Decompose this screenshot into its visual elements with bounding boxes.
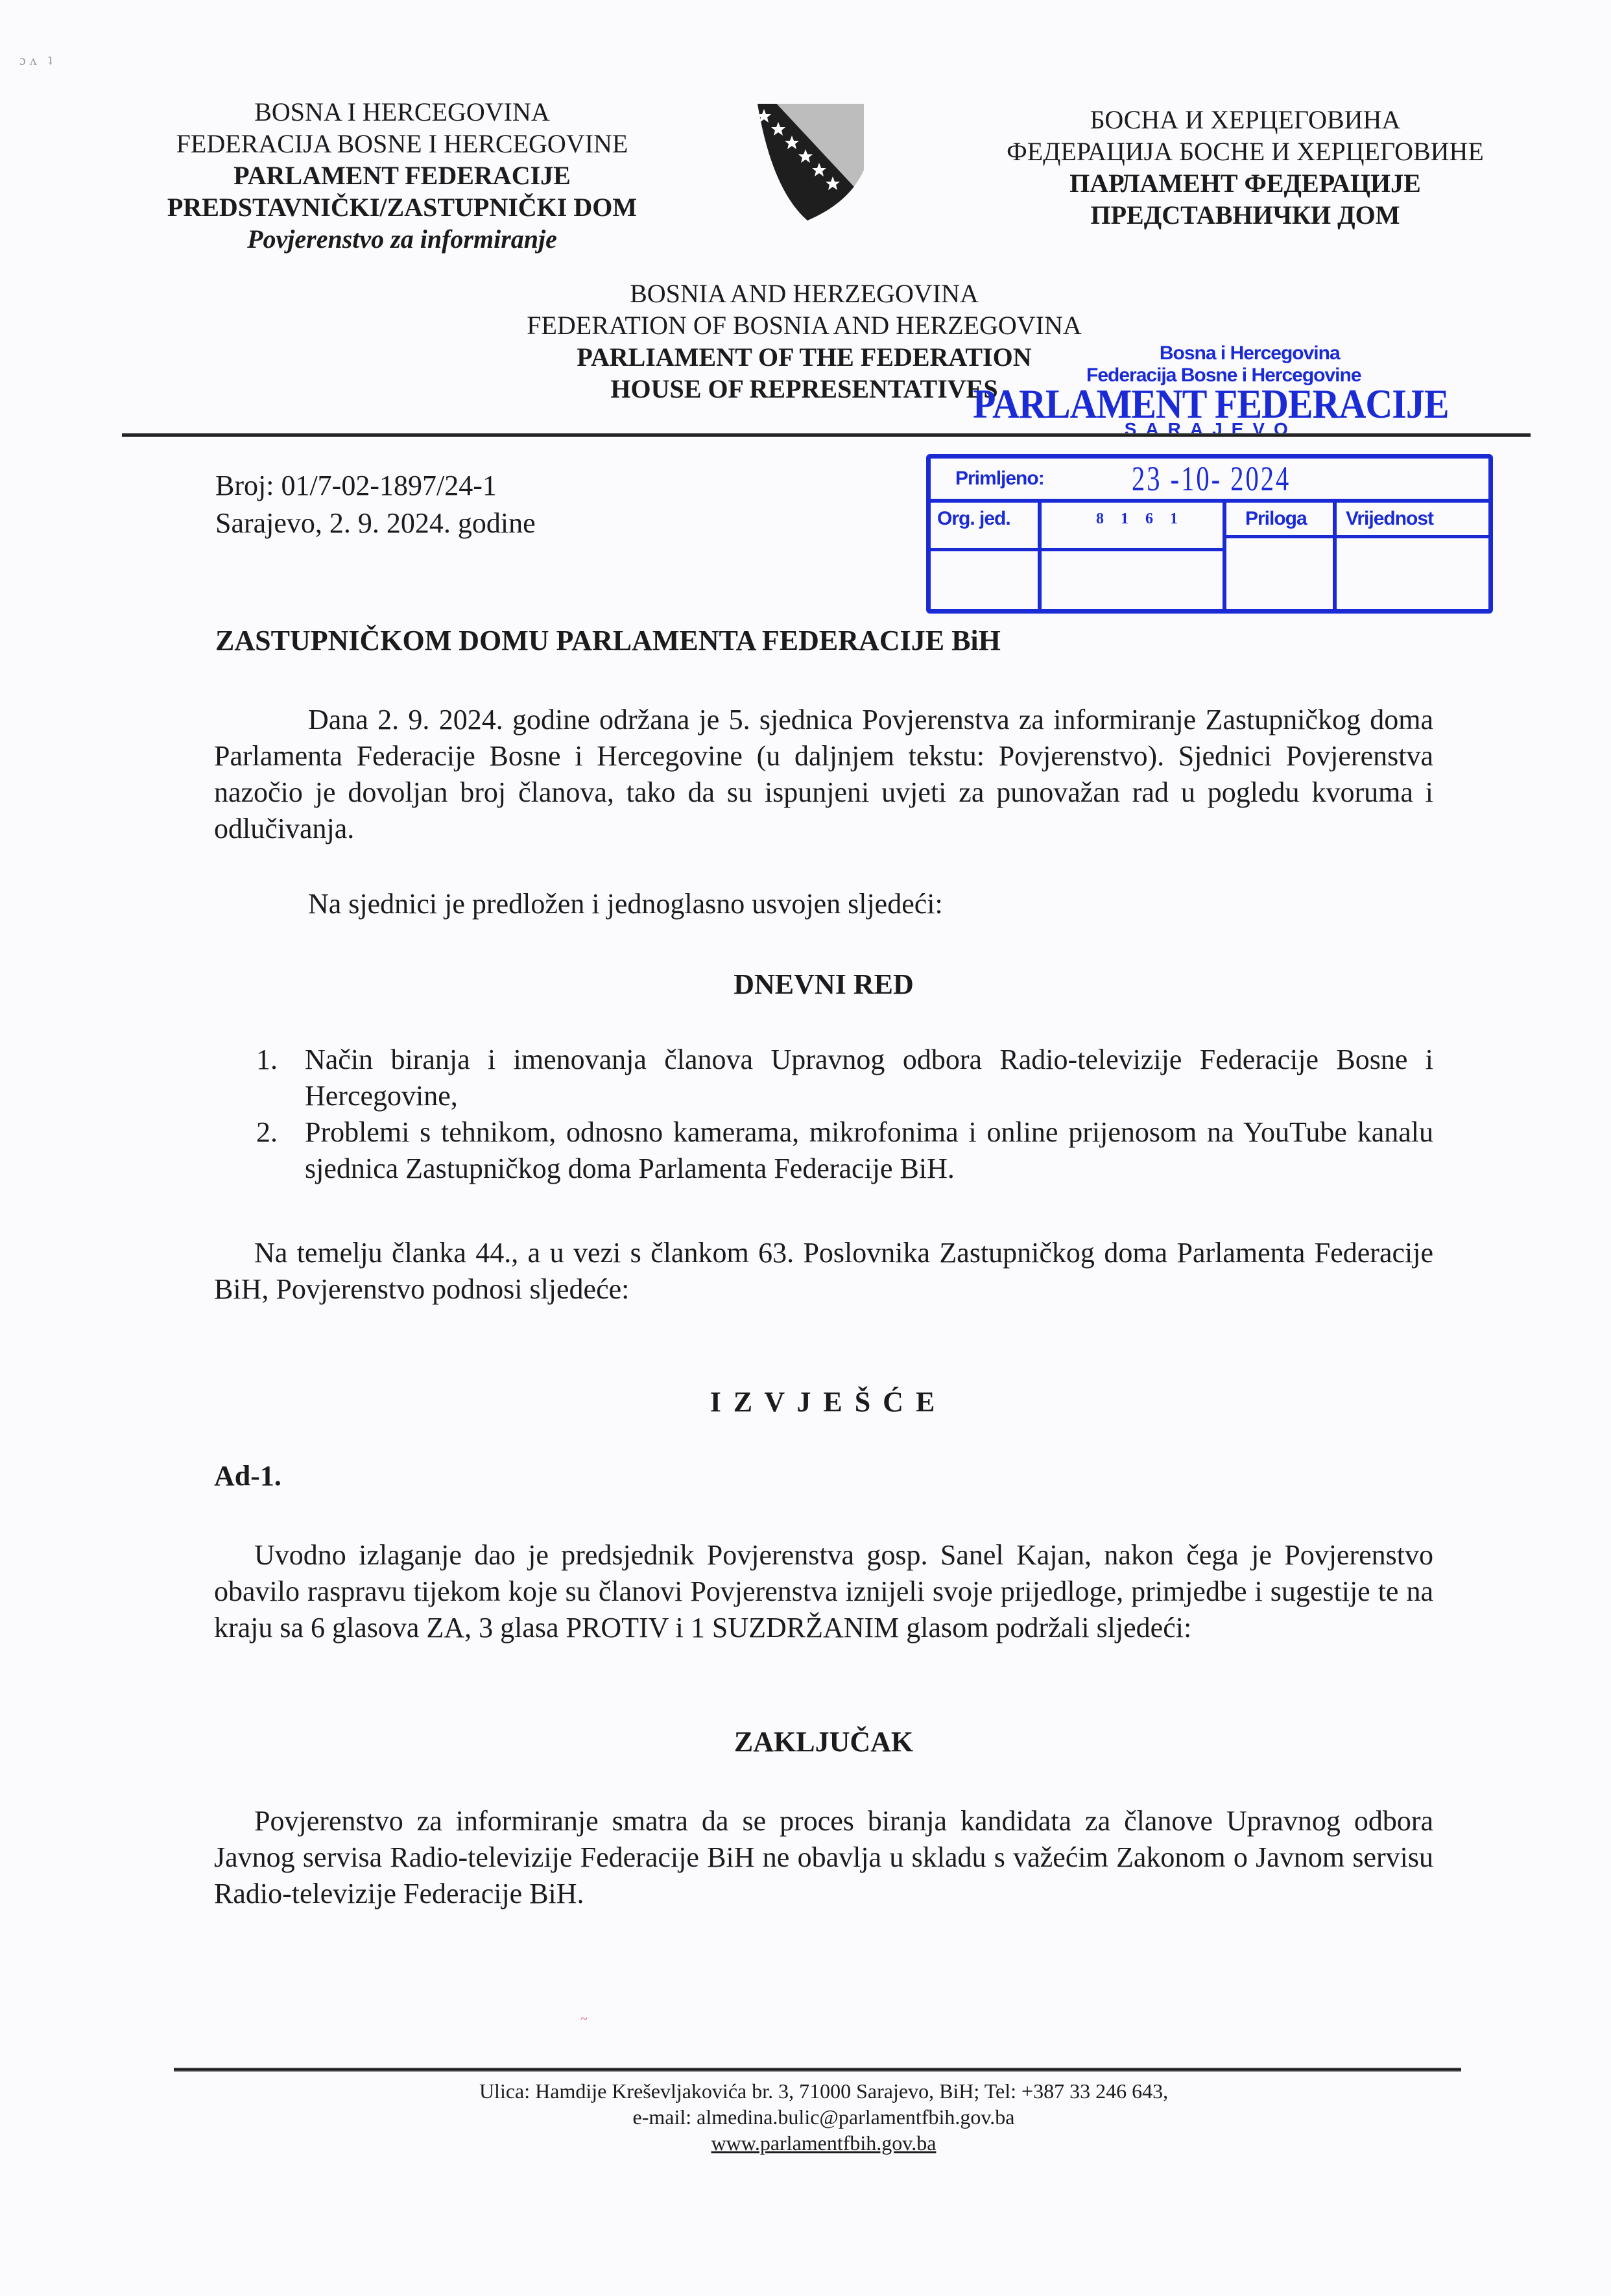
agenda-item-text: Način biranja i imenovanja članova Uprav… [305,1042,1433,1114]
document-number: Broj: 01/7-02-1897/24-1 [215,467,536,505]
conclusion-paragraph: Povjerenstvo za informiranje smatra da s… [214,1803,1433,1912]
legal-basis: Na temelju članka 44., a u vezi s članko… [214,1235,1433,1308]
intro-paragraph: Dana 2. 9. 2024. godine održana je 5. sj… [214,702,1433,847]
agenda-item-number: 2. [256,1114,305,1187]
report-title: I Z V J E Š Ć E [214,1385,1433,1418]
bih-coat-of-arms-icon [752,99,869,222]
stamp-column-divider [1038,499,1042,609]
header-federation-cyr: ФЕДЕРАЦИЈА БОСНЕ И ХЕРЦЕГОВИНЕ [960,136,1531,167]
header-federation-en: FEDERATION OF BOSNIA AND HERZEGOVINA [467,309,1141,341]
conclusion-text: Povjerenstvo za informiranje smatra da s… [214,1803,1433,1912]
header-country: BOSNA I HERCEGOVINA [143,96,662,128]
footer-email[interactable]: e-mail: almedina.bulic@parlamentfbih.gov… [214,2104,1433,2130]
header-latin: BOSNA I HERCEGOVINA FEDERACIJA BOSNE I H… [143,96,662,255]
agenda-item-text: Problemi s tehnikom, odnosno kamerama, m… [305,1114,1433,1187]
agenda-title: DNEVNI RED [214,968,1433,1001]
parliament-stamp: Bosna i Hercegovina Federacija Bosne i H… [973,342,1449,437]
stamp-column-divider [1333,499,1337,609]
org-unit-label: Org. jed. [937,508,1010,530]
agenda-intro: Na sjednici je predložen i jednoglasno u… [214,886,1433,922]
stamp-line-parliament: PARLAMENT FEDERACIJE [973,385,1449,423]
header-parliament-cyr: ПАРЛАМЕНТ ФЕДЕРАЦИЈЕ [960,167,1531,199]
addressee: ZASTUPNIČKOM DOMU PARLAMENTA FEDERACIJE … [215,624,1001,657]
legal-basis-text: Na temelju članka 44., a u vezi s članko… [214,1235,1433,1308]
received-date: 23 -10- 2024 [1132,459,1291,499]
footer: Ulica: Hamdije Kreševljakovića br. 3, 71… [214,2078,1433,2156]
stamp-line-country: Bosna i Hercegovina [1051,342,1449,365]
agenda-list: 1. Način biranja i imenovanja članova Up… [256,1042,1433,1187]
agenda-item-number: 1. [256,1042,305,1114]
header-cyrillic: БОСНА И ХЕРЦЕГОВИНА ФЕДЕРАЦИЈА БОСНЕ И Х… [960,104,1531,231]
agenda-item: 2. Problemi s tehnikom, odnosno kamerama… [256,1114,1433,1187]
org-unit-value: 8 1 6 1 [1096,510,1184,528]
value-label: Vrijednost [1346,508,1433,530]
stamp-column-divider [1223,499,1226,609]
header-house-cyr: ПРЕДСТАВНИЧКИ ДОМ [960,199,1531,231]
scan-artifact: ~ [580,2012,600,2017]
header-divider [122,433,1531,437]
header-committee: Povjerenstvo za informiranje [143,223,662,255]
stamp-row-divider [1223,535,1488,538]
header-house: PREDSTAVNIČKI/ZASTUPNIČKI DOM [143,191,662,223]
stamp-row-divider [931,548,1223,551]
header-federation: FEDERACIJA BOSNE I HERCEGOVINE [143,128,662,160]
agenda-item: 1. Način biranja i imenovanja članova Up… [256,1042,1433,1114]
header-parliament: PARLAMENT FEDERACIJE [143,160,662,191]
attachments-label: Priloga [1245,508,1307,530]
document-place-date: Sarajevo, 2. 9. 2024. godine [215,505,536,542]
section-ad1-label: Ad-1. [214,1458,281,1494]
footer-address: Ulica: Hamdije Kreševljakovića br. 3, 71… [214,2078,1433,2104]
scan-artifact: ɔʌ ʇ [19,52,56,69]
section-ad1-text: Uvodno izlaganje dao je predsjednik Povj… [214,1537,1433,1646]
header-country-en: BOSNIA AND HERZEGOVINA [467,278,1141,309]
conclusion-title: ZAKLJUČAK [214,1725,1433,1758]
received-label: Primljeno: [955,468,1044,490]
footer-divider [174,2068,1461,2072]
received-row: Primljeno: 23 -10- 2024 [931,459,1488,503]
registry-stamp: Primljeno: 23 -10- 2024 Org. jed. 8 1 6 … [926,454,1493,614]
footer-website-link[interactable]: www.parlamentfbih.gov.ba [711,2131,937,2155]
header-country-cyr: БОСНА И ХЕРЦЕГОВИНА [960,104,1531,136]
document-meta: Broj: 01/7-02-1897/24-1 Sarajevo, 2. 9. … [215,467,536,542]
section-ad1-paragraph: Uvodno izlaganje dao je predsjednik Povj… [214,1537,1433,1646]
